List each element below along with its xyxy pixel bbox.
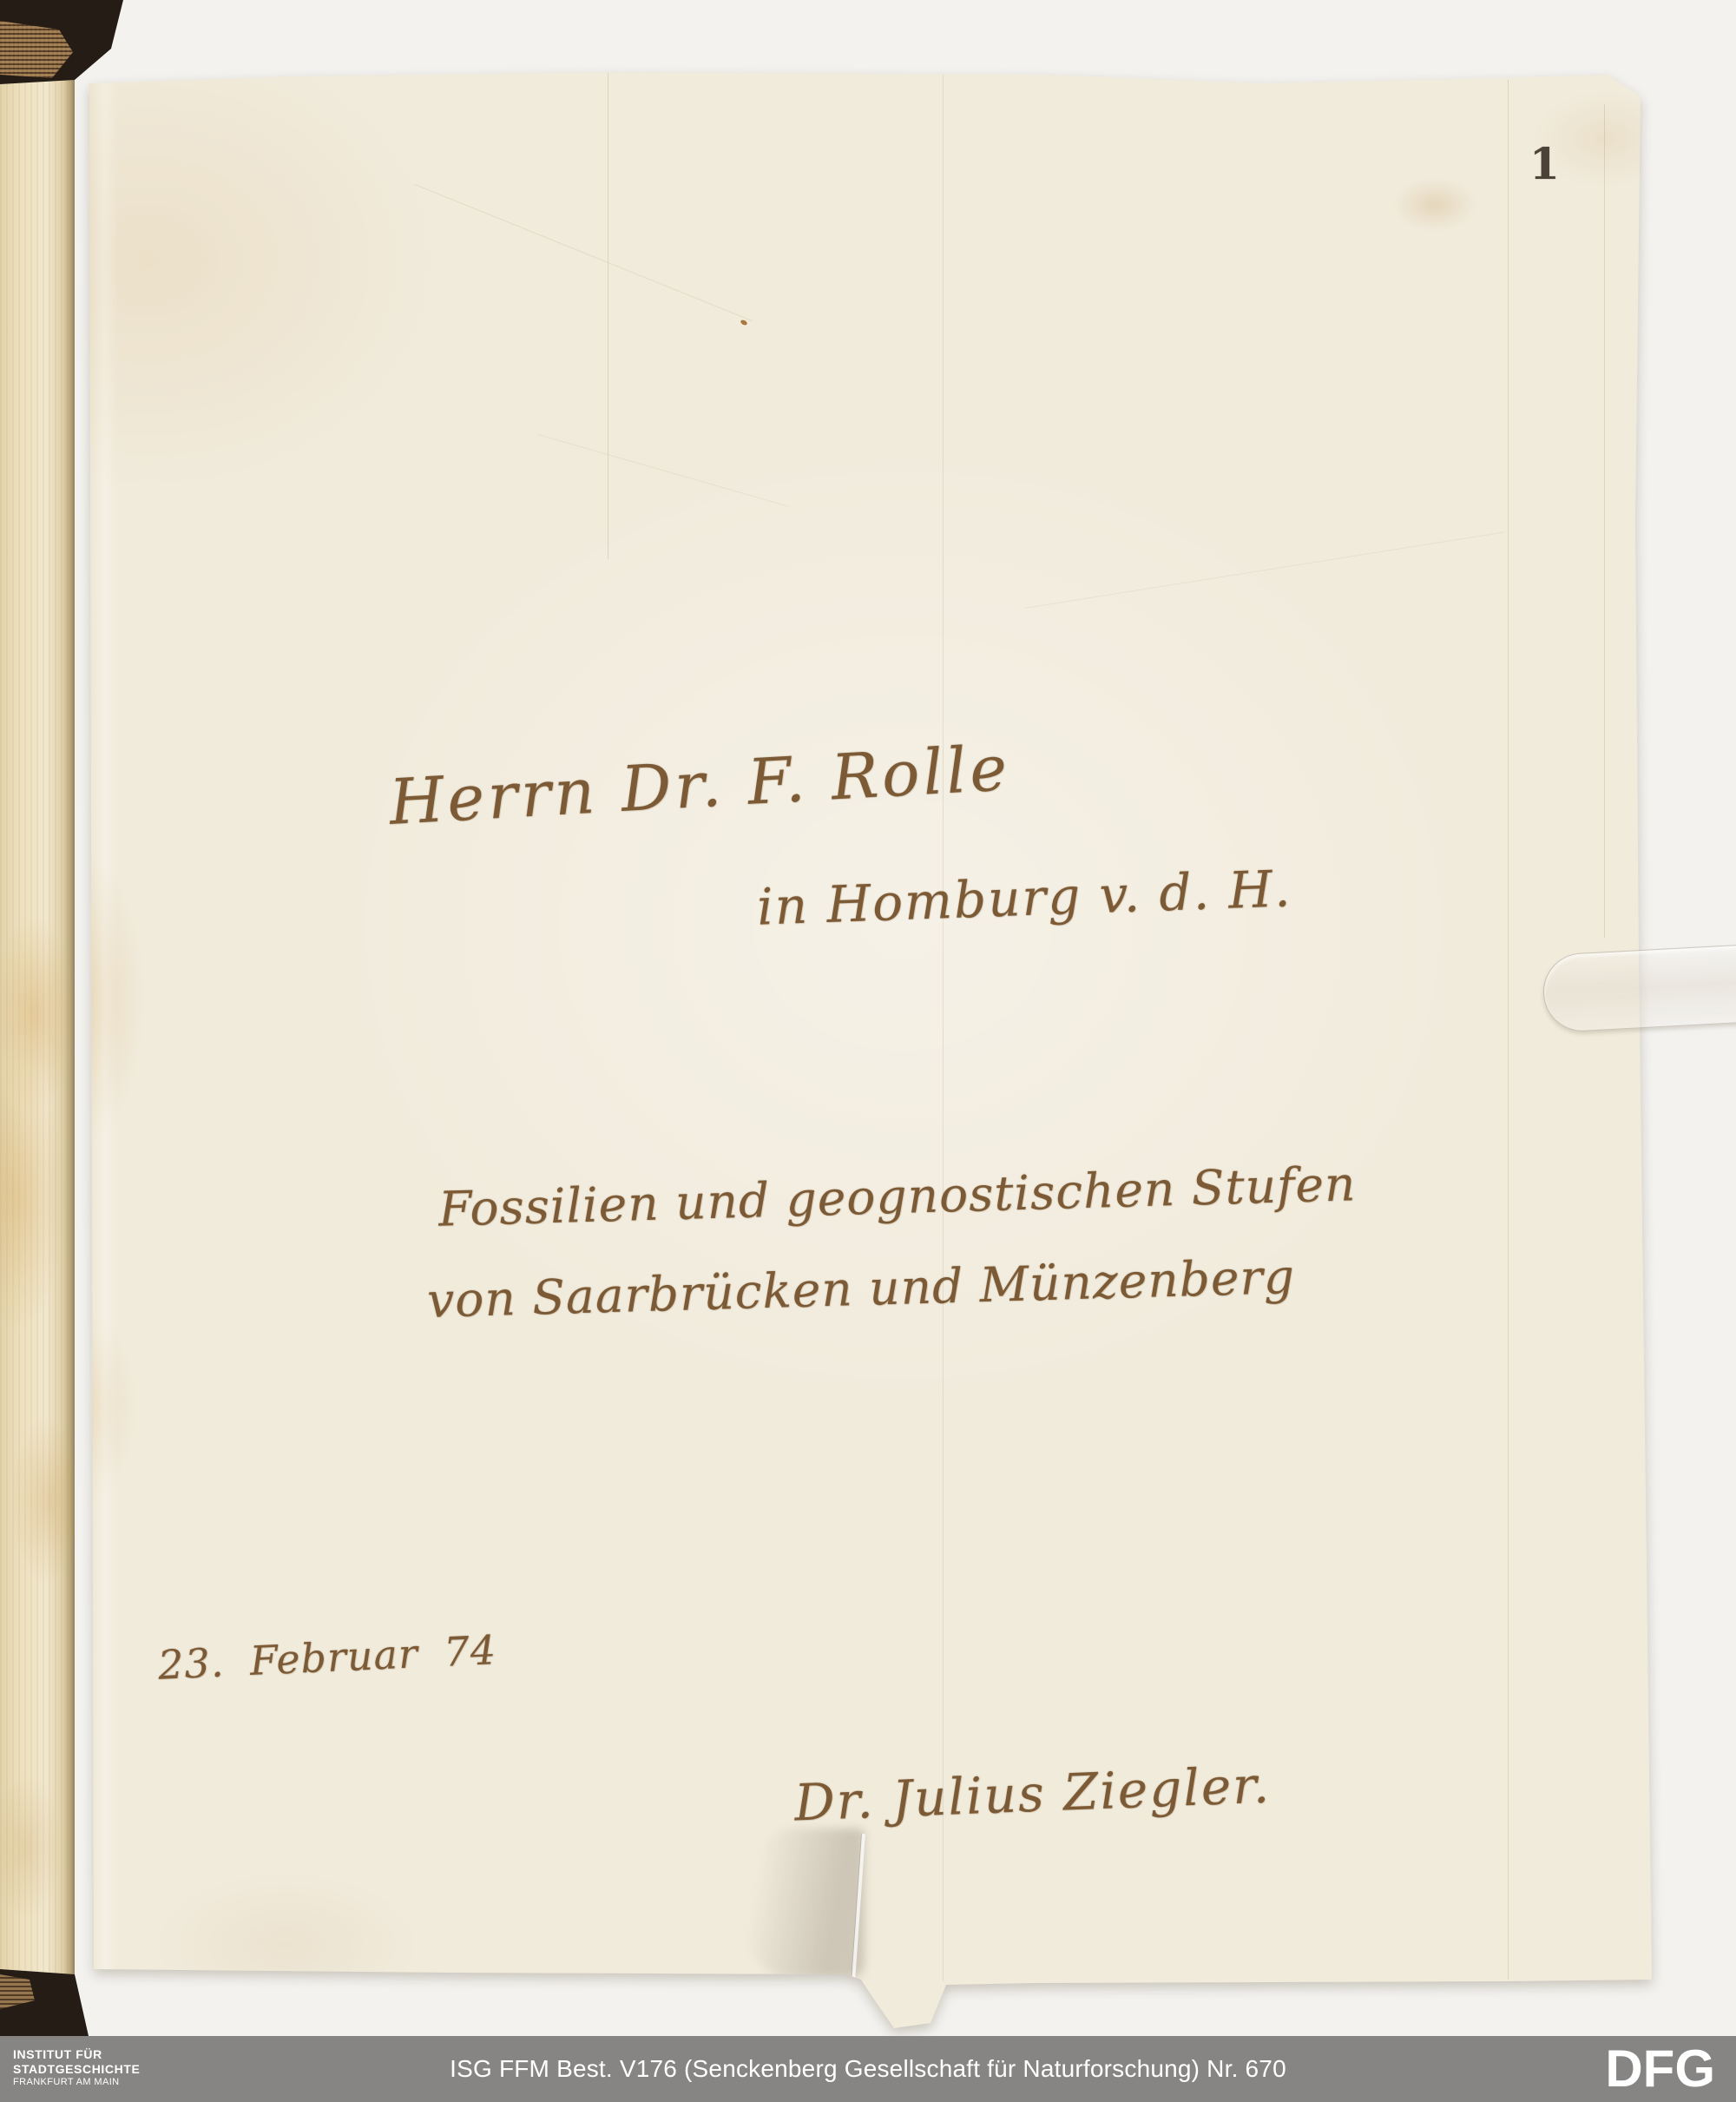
handwriting-signature: Dr. Julius Ziegler. bbox=[793, 1755, 1272, 1832]
handwriting-recipient-line2: in Homburg v. d. H. bbox=[756, 859, 1292, 936]
handwriting-subject-line2: von Saarbrücken und Münzenberg bbox=[426, 1249, 1295, 1328]
transparent-page-holder-strip bbox=[1542, 945, 1736, 1033]
fold-crease bbox=[608, 73, 608, 559]
handwriting-recipient-line1: Herrn Dr. F. Rolle bbox=[387, 731, 1012, 839]
fold-crease bbox=[943, 75, 944, 1981]
dfg-logo: DFG bbox=[1605, 2043, 1715, 2095]
scanned-book-photo: 1 Herrn Dr. F. Rolle in Homburg v. d. H.… bbox=[0, 0, 1736, 2102]
diagonal-crease bbox=[1024, 531, 1504, 609]
handwriting-date: 23. Februar 74 bbox=[157, 1626, 497, 1689]
manuscript-page: 1 Herrn Dr. F. Rolle in Homburg v. d. H.… bbox=[0, 0, 1736, 2102]
diagonal-crease bbox=[415, 184, 753, 321]
footer-bar: INSTITUT FÜR STADTGESCHICHTE FRANKFURT A… bbox=[0, 2036, 1736, 2102]
handwriting-subject-line1: Fossilien und geognostischen Stufen bbox=[437, 1156, 1357, 1237]
archive-reference: ISG FFM Best. V176 (Senckenberg Gesellsc… bbox=[0, 2055, 1736, 2083]
diagonal-crease bbox=[538, 434, 789, 507]
manuscript-page-shadow: 1 Herrn Dr. F. Rolle in Homburg v. d. H.… bbox=[0, 0, 1736, 2102]
fold-crease bbox=[1508, 80, 1509, 1980]
paper-tear-shadow bbox=[743, 1829, 865, 1978]
fold-crease bbox=[1604, 104, 1605, 938]
gutter-fold-shading bbox=[73, 78, 118, 1971]
page-number-stamp: 1 bbox=[1529, 142, 1560, 186]
ink-speck bbox=[740, 319, 747, 326]
